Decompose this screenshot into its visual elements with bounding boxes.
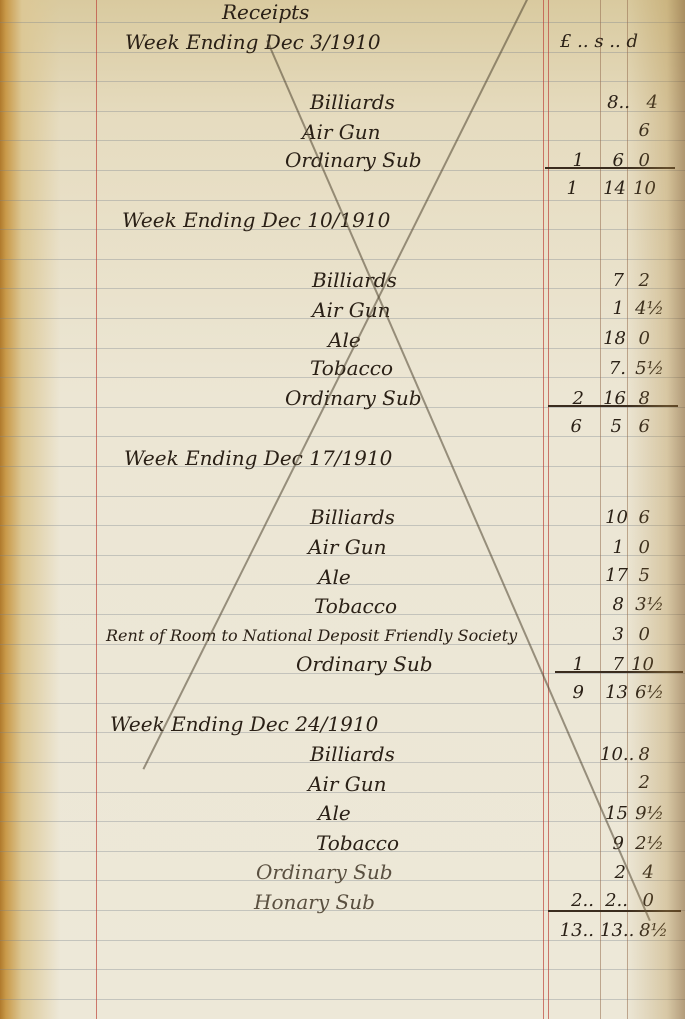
entry-shillings: 1 (600, 537, 624, 559)
entry-label: Tobacco (314, 594, 397, 618)
entry-label: Ordinary Sub (285, 386, 422, 410)
entry-label: Air Gun (302, 120, 381, 144)
entry-pence: 4 (628, 92, 658, 114)
sum-line (548, 910, 681, 912)
entry-shillings: 2.. (600, 890, 628, 912)
entry-shillings: 17 (600, 565, 628, 587)
entry-label: Air Gun (308, 535, 387, 559)
entry-label: Ale (318, 801, 351, 825)
left-margin-rule (96, 0, 97, 1019)
ruled-line (0, 969, 685, 970)
entry-shillings: 7. (600, 358, 626, 380)
entry-pence: 0 (628, 537, 650, 559)
total-shillings: 5 (600, 416, 622, 438)
entry-pence: 6 (628, 507, 650, 529)
entry-label: Ordinary Sub (296, 652, 433, 676)
entry-label: Ordinary Sub (256, 860, 393, 884)
total-pence: 10 (628, 178, 656, 200)
total-pence: 6½ (628, 682, 664, 704)
entry-pence: 4½ (628, 298, 664, 320)
entry-shillings: 18 (600, 328, 626, 350)
entry-label: Air Gun (308, 772, 387, 796)
total-pounds: 13.. (548, 920, 594, 942)
sum-line (545, 167, 675, 169)
ruled-line (0, 436, 685, 437)
total-pounds: 1 (548, 178, 578, 200)
ruled-line (0, 200, 685, 201)
pounds-column-rule-outer (543, 0, 544, 1019)
entry-shillings: 8 (600, 594, 624, 616)
sum-line (555, 671, 683, 673)
ruled-line (0, 259, 685, 260)
ruled-line (0, 999, 685, 1000)
ruled-line (0, 81, 685, 82)
entry-label: Tobacco (316, 831, 399, 855)
total-shillings: 13 (600, 682, 628, 704)
currency-header: £ .. s .. d (560, 30, 638, 54)
entry-label: Rent of Room to National Deposit Friendl… (106, 624, 517, 648)
total-shillings: 14 (600, 178, 626, 200)
entry-label: Billiards (310, 90, 395, 114)
entry-pence: 2 (628, 270, 650, 292)
entry-shillings: 2 (600, 862, 626, 884)
entry-pounds: 2.. (548, 890, 594, 912)
week-title: Week Ending Dec 3/1910 (125, 30, 381, 54)
entry-label: Tobacco (310, 356, 393, 380)
ledger-page: Receipts £ .. s .. d Week Ending Dec 3/1… (0, 0, 685, 1019)
week-title: Week Ending Dec 17/1910 (124, 446, 392, 470)
entry-pence: 5½ (628, 358, 664, 380)
entry-label: Ale (318, 565, 351, 589)
entry-shillings: 7 (600, 270, 624, 292)
entry-pence: 5 (628, 565, 650, 587)
week-title: Week Ending Dec 24/1910 (110, 712, 378, 736)
entry-pence: 3½ (628, 594, 664, 616)
entry-shillings: 3 (600, 624, 624, 646)
entry-pence: 0 (628, 328, 650, 350)
sum-line (548, 405, 678, 407)
total-pence: 8½ (628, 920, 668, 942)
entry-label: Honary Sub (254, 890, 375, 914)
entry-shillings: 8.. (600, 92, 630, 114)
entry-shillings: 1 (600, 298, 624, 320)
ruled-line (0, 496, 685, 497)
entry-pence: 8 (628, 744, 650, 766)
entry-label: Billiards (310, 742, 395, 766)
entry-label: Ordinary Sub (285, 148, 422, 172)
entry-pence: 2 (628, 772, 650, 794)
entry-label: Billiards (310, 505, 395, 529)
entry-pence: 6 (628, 120, 650, 142)
receipts-heading: Receipts (222, 0, 309, 24)
entry-pence: 2½ (628, 833, 664, 855)
total-pounds: 6 (548, 416, 582, 438)
total-pence: 6 (628, 416, 650, 438)
entry-pence: 9½ (628, 803, 664, 825)
ruled-line (0, 22, 685, 23)
entry-shillings: 10 (600, 507, 628, 529)
entry-pence: 0 (628, 624, 650, 646)
